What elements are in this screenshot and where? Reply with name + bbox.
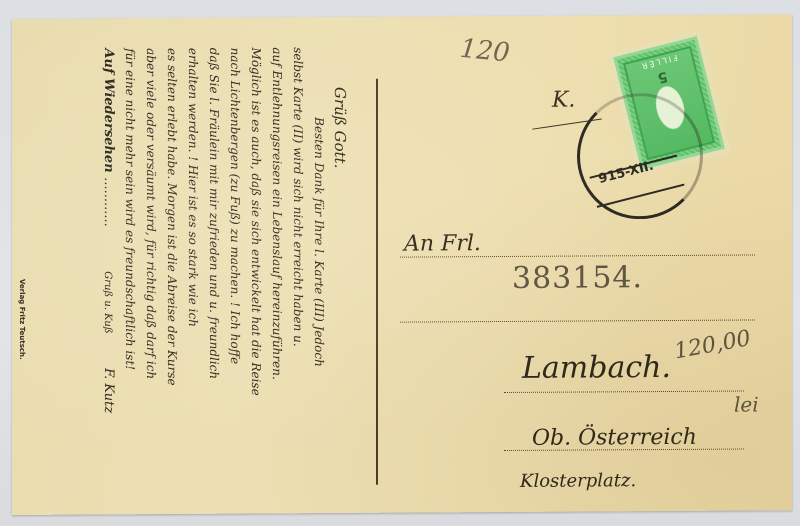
message-text: Grüß Gott. Besten Dank für Ihre l. Karte… <box>30 47 350 489</box>
message-line: Besten Dank für Ihre l. Karte (III) Jedo… <box>308 47 329 487</box>
message-line: selbst Karte (II) wird sich nicht erreic… <box>287 47 308 487</box>
signature: F. Kutz <box>101 368 116 413</box>
message-line: für eine nicht mehr sein wird es freunds… <box>119 48 140 488</box>
message-area: Grüß Gott. Besten Dank für Ihre l. Karte… <box>30 47 350 489</box>
message-heading: Grüß Gott. <box>329 47 350 487</box>
message-closing-row: Auf Wiedersehen ............ Gruß u. Kuß… <box>97 48 119 488</box>
address-city: Lambach. <box>522 350 671 386</box>
publisher-imprint: Verlag Fritz Teutsch. <box>18 279 26 360</box>
pencil-number: 383154. <box>512 260 643 296</box>
pencil-note-lei: lei <box>734 392 759 416</box>
message-line: daß Sie l. Fräulein mit mir zufrieden un… <box>203 48 224 488</box>
postcard-divider-line <box>376 79 378 485</box>
address-line-4 <box>504 449 744 451</box>
message-line: auf Entlehnungsreisen ein Lebenslauf her… <box>266 47 287 487</box>
address-line-2 <box>400 319 755 322</box>
message-line: es selten erlebt habe. Morgen ist die Ab… <box>161 48 182 488</box>
message-line: nach Lichtenbergen (zu Fuß) zu machen. !… <box>224 48 245 488</box>
pencil-note-price: 120,00 <box>672 326 752 364</box>
message-closing-dots: ............ <box>101 177 116 227</box>
address-line-3 <box>504 391 744 393</box>
address-salutation: An Frl. <box>404 231 481 256</box>
signature-greeting: Gruß u. Kuß <box>102 271 113 333</box>
message-line: Möglich ist es auch, daß sie sich entwic… <box>245 47 266 487</box>
address-region: Ob. Österreich <box>532 425 697 451</box>
postcard: 120 K. FILLÉR 5 915-XII. An Frl. 383154.… <box>12 14 792 515</box>
pencil-note-top: 120 <box>459 34 512 69</box>
message-line: erhalten werden. ! Hier ist es so stark … <box>182 48 203 488</box>
message-line: aber viele oder versäumt wird, für richt… <box>140 48 161 488</box>
initial-mark: K. <box>552 88 575 113</box>
address-street: Klosterplatz. <box>520 470 636 492</box>
message-closing: Auf Wiedersehen <box>101 48 116 172</box>
